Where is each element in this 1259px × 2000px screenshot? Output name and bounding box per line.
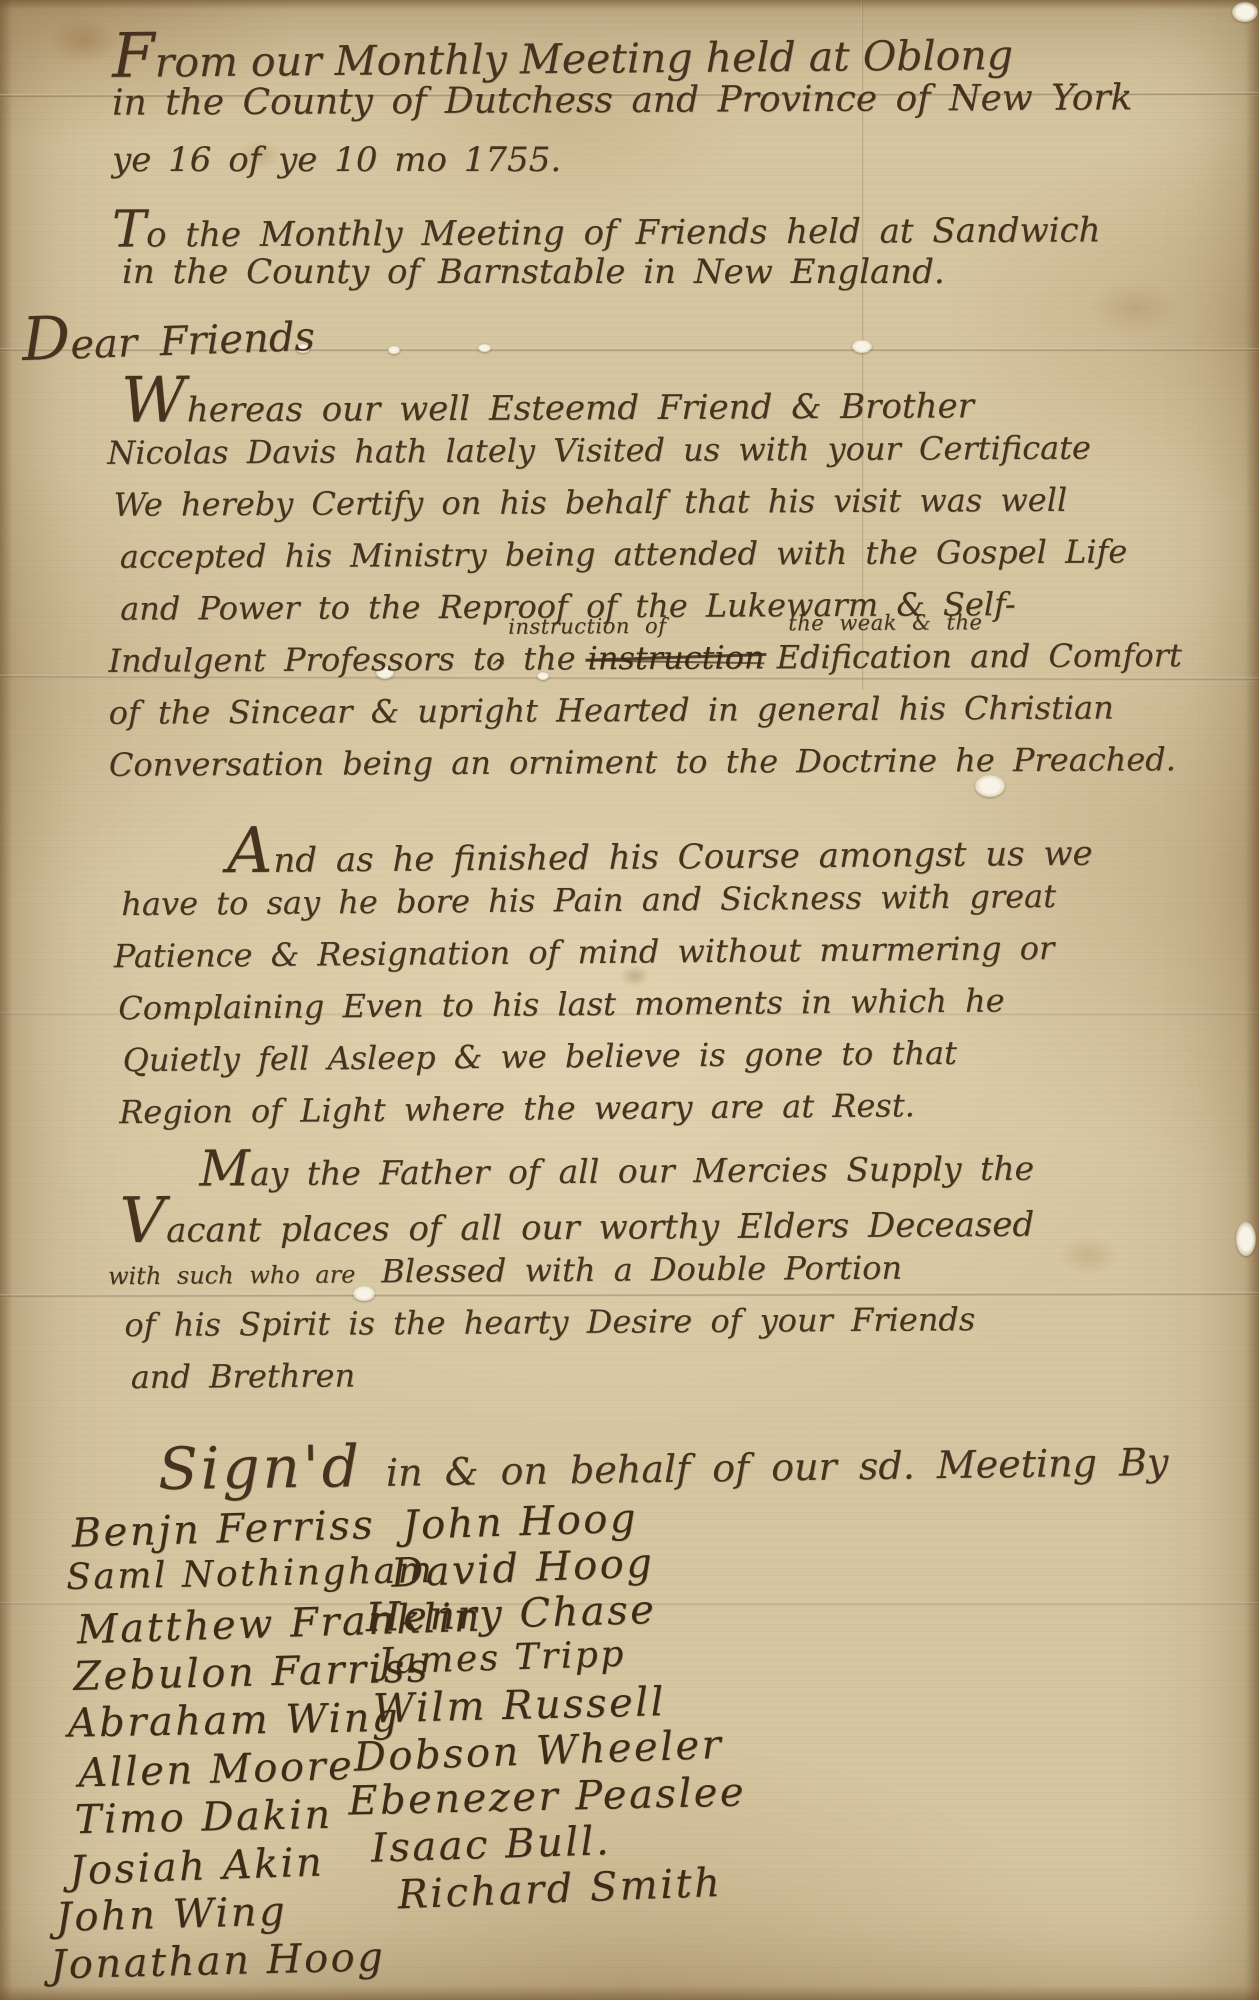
signoff-line: Sign'din & on behalf of our sd. Meeting …: [158, 1421, 1169, 1503]
manuscript-line: Region of Light where the weary are at R…: [119, 1078, 1095, 1139]
tear-mark: [852, 340, 872, 353]
manuscript-line: of his Spirit is the hearty Desire of yo…: [124, 1293, 1035, 1351]
manuscript-line-rest: Blessed with a Double Portion: [381, 1249, 902, 1291]
heading-line-date: ye 16 of ye 10 mo 1755.: [112, 140, 561, 180]
struck-word: instruction: [588, 638, 765, 677]
manuscript-page: From our Monthly Meeting held at Oblong …: [0, 0, 1259, 2000]
heading-line-address2: in the County of Barnstable in New Engla…: [122, 252, 945, 292]
signature-column-right: John Hoog David Hoog Henry Chase James T…: [342, 1495, 748, 1915]
stain-mark: [48, 18, 118, 64]
amended-line: Indulgent Professors to theinstructionEd…: [108, 629, 1194, 687]
paragraph-certificate: Whereas our well Esteemd Friend & Brothe…: [107, 369, 1195, 791]
manuscript-line: Patience & Resignation of mind without m…: [114, 922, 1094, 983]
interline-insertion-left: instruction of: [508, 616, 666, 638]
torn-bottom-edge: [0, 1986, 1259, 2000]
manuscript-line: Nicolas Davis hath lately Visited us wit…: [107, 421, 1193, 479]
manuscript-line: of the Sincear & upright Hearted in gene…: [109, 681, 1195, 739]
signoff-rest: in & on behalf of our sd. Meeting By: [386, 1440, 1169, 1495]
paragraph-his-passing: And as he finished his Course amongst us…: [107, 818, 1095, 1139]
worn-left-edge: [0, 0, 12, 2000]
heading-line-address: To the Monthly Meeting of Friends held a…: [112, 195, 1101, 259]
manuscript-line: Quietly fell Asleep & we believe is gone…: [122, 1026, 1094, 1086]
manuscript-line: May the Father of all our Mercies Supply…: [199, 1137, 1034, 1195]
paragraph-prayer: May the Father of all our Mercies Supply…: [107, 1137, 1036, 1403]
manuscript-line: have to say he bore his Pain and Sicknes…: [121, 870, 1093, 930]
torn-top-edge: [0, 0, 1259, 9]
torn-right-edge: [1245, 0, 1259, 2000]
manuscript-line: Conversation being an orniment to the Do…: [109, 733, 1195, 791]
manuscript-line: and Brethren: [131, 1345, 1036, 1403]
tear-mark: [388, 346, 400, 354]
heading-line-county: in the County of Dutchess and Province o…: [112, 77, 1133, 123]
caret-mark: ^: [490, 641, 506, 693]
interline-insertion-right: the weak & the: [788, 612, 982, 634]
manuscript-line: Complaining Even to his last moments in …: [118, 974, 1094, 1035]
stain-mark: [1058, 1235, 1118, 1275]
manuscript-line: accepted his Ministry being attended wit…: [120, 525, 1194, 583]
manuscript-line: Whereas our well Esteemd Friend & Brothe…: [121, 369, 1193, 427]
signoff-lead: Sign'd: [158, 1432, 363, 1503]
manuscript-line: Vacant places of all our worthy Elders D…: [119, 1189, 1034, 1247]
stain-mark: [1090, 280, 1180, 336]
interlined-small-phrase: with such who are: [108, 1261, 356, 1291]
signature: Jonathan Hoog: [50, 1932, 486, 1991]
manuscript-line: And as he finished his Course amongst us…: [227, 818, 1093, 878]
tear-mark: [478, 344, 491, 352]
manuscript-line-split: with such who areBlessed with a Double P…: [108, 1241, 1035, 1299]
amended-after: Edification and Comfort: [776, 636, 1181, 676]
manuscript-line: We hereby Certify on his behalf that his…: [113, 473, 1193, 531]
